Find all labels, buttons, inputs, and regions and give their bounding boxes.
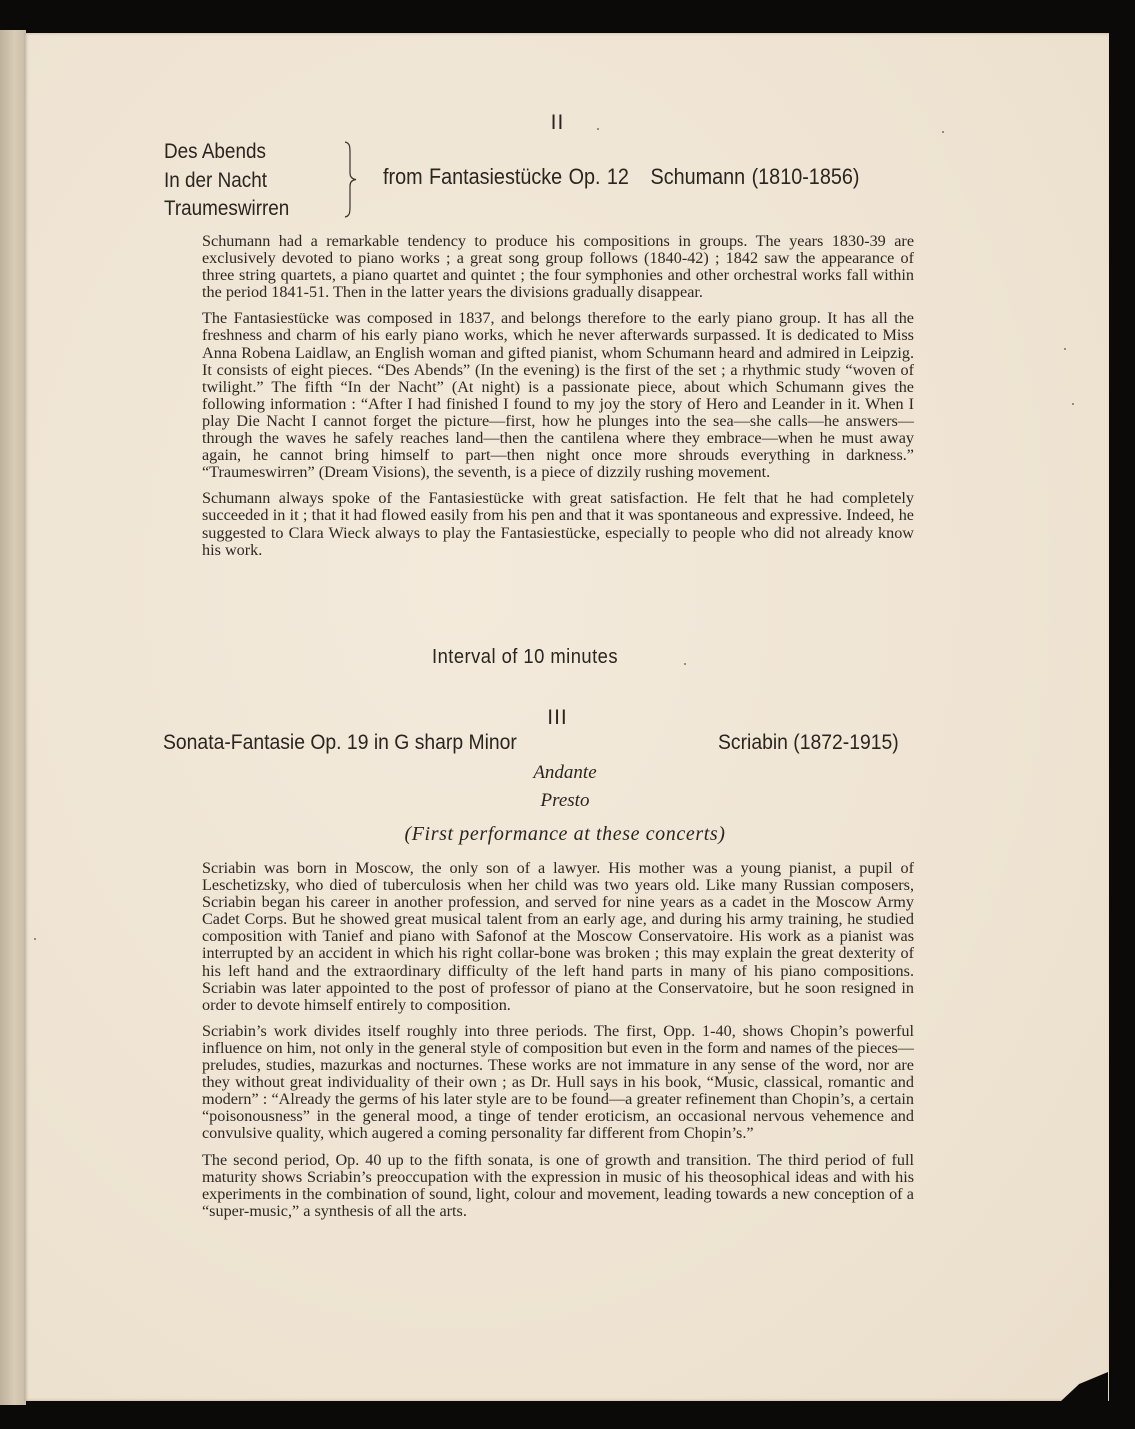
- piece-title: Traumeswirren: [164, 195, 289, 224]
- brace-icon: [343, 141, 357, 218]
- paper-speck: [1064, 348, 1066, 350]
- section-iii-title: Sonata-Fantasie Op. 19 in G sharp Minor: [163, 730, 517, 755]
- paragraph: Scriabin was born in Moscow, the only so…: [202, 860, 914, 1014]
- paper-speck: [684, 663, 686, 665]
- paragraph: The Fantasiestücke was composed in 1837,…: [202, 310, 914, 481]
- paragraph: The second period, Op. 40 up to the fift…: [202, 1152, 914, 1220]
- paragraph: Scriabin’s work divides itself roughly i…: [202, 1023, 914, 1143]
- movement-presto: Presto: [0, 790, 1130, 812]
- interval-notice: Interval of 10 minutes: [432, 646, 618, 669]
- section-iii-numeral: III: [0, 706, 1115, 730]
- piece-title: In der Nacht: [164, 167, 289, 196]
- paper-speck: [34, 938, 36, 940]
- section-iii-notes: Scriabin was born in Moscow, the only so…: [202, 860, 914, 1229]
- section-ii-numeral: II: [0, 111, 1115, 135]
- paper-speck: [1072, 403, 1074, 405]
- composer-name: Schumann (1810-1856): [651, 164, 860, 189]
- movement-andante: Andante: [0, 762, 1130, 784]
- paragraph: Schumann had a remarkable tendency to pr…: [202, 233, 914, 301]
- section-ii-piece-list: Des Abends In der Nacht Traumeswirren: [164, 138, 289, 224]
- work-source: from Fantasiestücke Op. 12: [383, 164, 629, 189]
- first-performance-note: (First performance at these concerts): [0, 823, 1130, 846]
- piece-title: Des Abends: [164, 138, 289, 167]
- composer-name: Scriabin (1872-1915): [718, 730, 899, 755]
- paragraph: Schumann always spoke of the Fantasiestü…: [202, 490, 914, 558]
- section-ii-notes: Schumann had a remarkable tendency to pr…: [202, 233, 914, 568]
- section-ii-heading: from Fantasiestücke Op. 12Schumann (1810…: [383, 164, 859, 190]
